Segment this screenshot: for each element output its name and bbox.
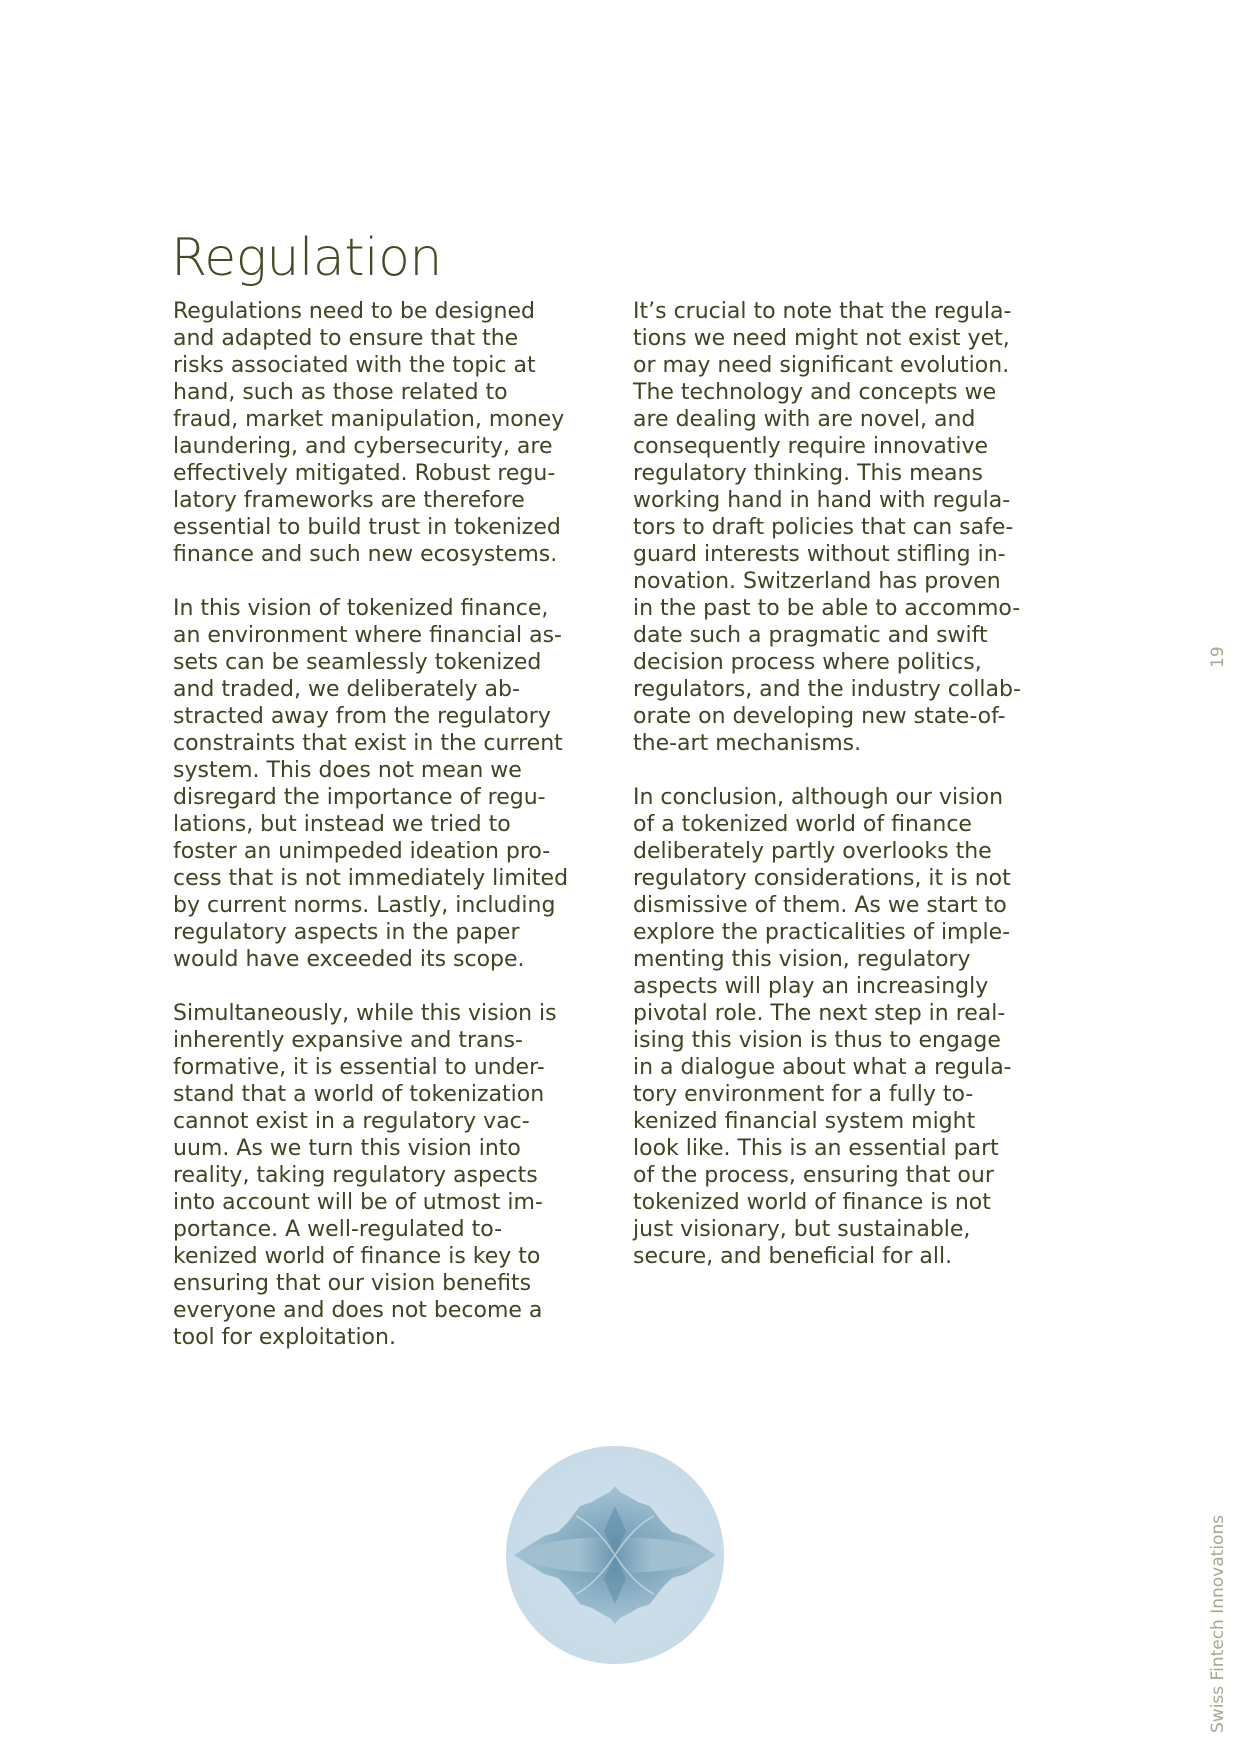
text-line: lations, but instead we tried to [173,811,593,838]
text-line: portance. A well-regulated to- [173,1216,593,1243]
text-line: finance and such new ecosystems. [173,541,593,568]
text-line: into account will be of utmost im- [173,1189,593,1216]
emblem-figure-icon [506,1446,724,1664]
text-line: hand, such as those related to [173,379,593,406]
text-line: pivotal role. The next step in real- [633,1000,1053,1027]
text-line: stracted away from the regulatory [173,703,593,730]
left-text-column: Regulations need to be designedand adapt… [173,298,593,1378]
text-line: regulatory considerations, it is not [633,865,1053,892]
text-line: and adapted to ensure that the [173,325,593,352]
text-line: tokenized world of finance is not [633,1189,1053,1216]
text-line: risks associated with the topic at [173,352,593,379]
text-line: stand that a world of tokenization [173,1081,593,1108]
page-number: 19 [1208,646,1228,668]
text-line: In this vision of tokenized finance, [173,595,593,622]
text-line: The technology and concepts we [633,379,1053,406]
right-text-column: It’s crucial to note that the regula-tio… [633,298,1053,1297]
text-line: sets can be seamlessly tokenized [173,649,593,676]
text-line: uum. As we turn this vision into [173,1135,593,1162]
text-line: or may need significant evolution. [633,352,1053,379]
paragraph: Regulations need to be designedand adapt… [173,298,593,568]
paragraph: In conclusion, although our visionof a t… [633,784,1053,1270]
text-line: by current norms. Lastly, including [173,892,593,919]
text-line: regulatory thinking. This means [633,460,1053,487]
text-line: working hand in hand with regula- [633,487,1053,514]
text-line: would have exceeded its scope. [173,946,593,973]
text-line: disregard the importance of regu- [173,784,593,811]
paragraph: Simultaneously, while this vision isinhe… [173,1000,593,1351]
text-line: tions we need might not exist yet, [633,325,1053,352]
text-line: ising this vision is thus to engage [633,1027,1053,1054]
text-line: kenized financial system might [633,1108,1053,1135]
text-line: novation. Switzerland has proven [633,568,1053,595]
text-line: an environment where financial as- [173,622,593,649]
text-line: everyone and does not become a [173,1297,593,1324]
text-line: deliberately partly overlooks the [633,838,1053,865]
ice-crystal-emblem-icon [506,1446,724,1664]
text-line: ensuring that our vision benefits [173,1270,593,1297]
text-line: decision process where politics, [633,649,1053,676]
text-line: In conclusion, although our vision [633,784,1053,811]
text-line: tors to draft policies that can safe- [633,514,1053,541]
text-line: tool for exploitation. [173,1324,593,1351]
text-line: kenized world of finance is key to [173,1243,593,1270]
text-line: orate on developing new state-of- [633,703,1053,730]
text-line: fraud, market manipulation, money [173,406,593,433]
paragraph: In this vision of tokenized finance,an e… [173,595,593,973]
text-line: cannot exist in a regulatory vac- [173,1108,593,1135]
text-line: consequently require innovative [633,433,1053,460]
text-line: look like. This is an essential part [633,1135,1053,1162]
text-line: aspects will play an increasingly [633,973,1053,1000]
text-line: constraints that exist in the current [173,730,593,757]
text-line: guard interests without stifling in- [633,541,1053,568]
text-line: system. This does not mean we [173,757,593,784]
text-line: Simultaneously, while this vision is [173,1000,593,1027]
text-line: menting this vision, regulatory [633,946,1053,973]
text-line: laundering, and cybersecurity, are [173,433,593,460]
paragraph: It’s crucial to note that the regula-tio… [633,298,1053,757]
text-line: regulators, and the industry collab- [633,676,1053,703]
text-line: inherently expansive and trans- [173,1027,593,1054]
text-line: essential to build trust in tokenized [173,514,593,541]
text-line: date such a pragmatic and swift [633,622,1053,649]
text-line: Regulations need to be designed [173,298,593,325]
text-line: are dealing with are novel, and [633,406,1053,433]
text-line: formative, it is essential to under- [173,1054,593,1081]
text-line: in the past to be able to accommo- [633,595,1053,622]
page-title: Regulation [171,223,442,293]
text-line: dismissive of them. As we start to [633,892,1053,919]
text-line: and traded, we deliberately ab- [173,676,593,703]
text-line: of a tokenized world of finance [633,811,1053,838]
text-line: explore the practicalities of imple- [633,919,1053,946]
text-line: the-art mechanisms. [633,730,1053,757]
text-line: latory frameworks are therefore [173,487,593,514]
running-footer: Swiss Fintech Innovations [1208,1515,1228,1733]
text-line: reality, taking regulatory aspects [173,1162,593,1189]
text-line: foster an unimpeded ideation pro- [173,838,593,865]
text-line: in a dialogue about what a regula- [633,1054,1053,1081]
text-line: just visionary, but sustainable, [633,1216,1053,1243]
text-line: of the process, ensuring that our [633,1162,1053,1189]
text-line: cess that is not immediately limited [173,865,593,892]
text-line: regulatory aspects in the paper [173,919,593,946]
text-line: It’s crucial to note that the regula- [633,298,1053,325]
text-line: tory environment for a fully to- [633,1081,1053,1108]
text-line: secure, and beneficial for all. [633,1243,1053,1270]
text-line: effectively mitigated. Robust regu- [173,460,593,487]
